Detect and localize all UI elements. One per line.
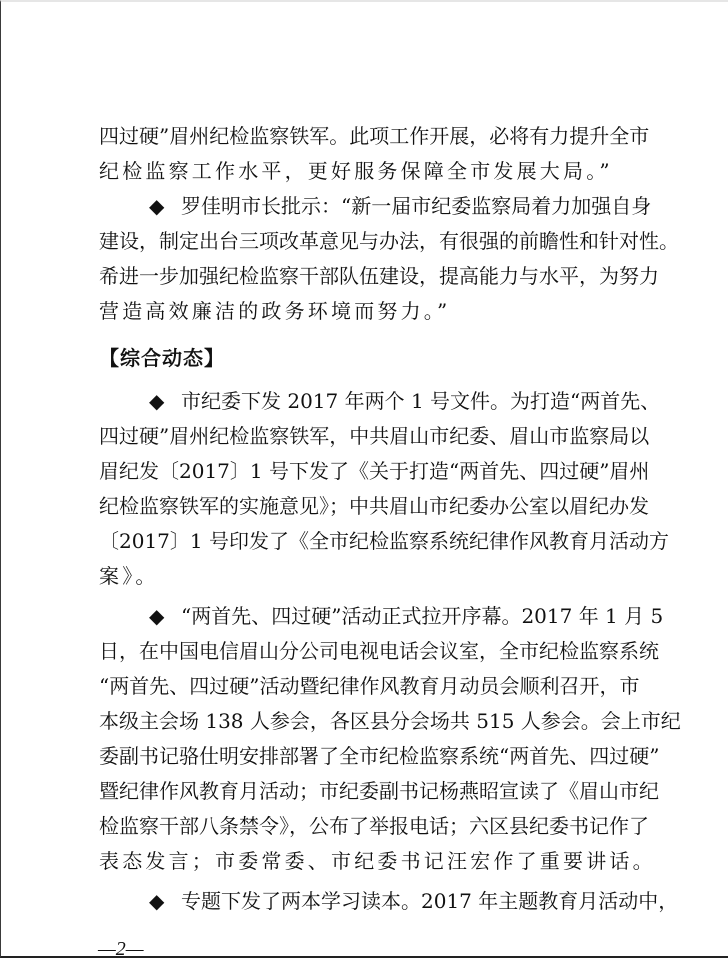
diamond-bullet-icon: ◆ <box>149 604 171 628</box>
diamond-bullet-icon: ◆ <box>149 194 171 218</box>
bullet-paragraph-first-line: ◆“两首先、四过硬”活动正式拉开序幕。2017 年 1 月 5 <box>149 604 639 628</box>
paragraph-line: 眉纪发〔2017〕1 号下发了《关于打造“两首先、四过硬”眉州 <box>99 459 639 483</box>
document-page: 四过硬”眉州纪检监察铁军。此项工作开展，必将有力提升全市 纪检监察工作水平，更好… <box>0 0 728 958</box>
paragraph-line: 检监察干部八条禁令》，公布了举报电话；六区县纪委书记作了 <box>99 814 639 838</box>
paragraph-line: 委副书记骆仕明安排部署了全市纪检监察系统“两首先、四过硬” <box>99 744 639 768</box>
paragraph-text: 罗佳明市长批示：“新一届市纪委监察局着力加强自身 <box>181 194 651 218</box>
paragraph-line: 四过硬”眉州纪检监察铁军。此项工作开展，必将有力提升全市 <box>99 124 639 148</box>
paragraph-line: 案》。 <box>99 564 639 588</box>
paragraph-line: 纪检监察工作水平，更好服务保障全市发展大局。” <box>99 159 639 183</box>
diamond-bullet-icon: ◆ <box>149 389 171 413</box>
paragraph-line: 本级主会场 138 人参会，各区县分会场共 515 人参会。会上市纪 <box>99 709 639 733</box>
paragraph-line: 暨纪律作风教育月活动；市纪委副书记杨燕昭宣读了《眉山市纪 <box>99 779 639 803</box>
paragraph-line: 纪检监察铁军的实施意见》；中共眉山市纪委办公室以眉纪办发 <box>99 494 639 518</box>
paragraph-line: 营造高效廉洁的政务环境而努力。” <box>99 299 639 323</box>
paragraph-text: 市纪委下发 2017 年两个 1 号文件。为打造“两首先、 <box>181 389 660 413</box>
paragraph-line: 四过硬”眉州纪检监察铁军，中共眉山市纪委、眉山市监察局以 <box>99 424 639 448</box>
diamond-bullet-icon: ◆ <box>149 889 171 913</box>
paragraph-line: 日，在中国电信眉山分公司电视电话会议室，全市纪检监察系统 <box>99 639 639 663</box>
page-number: —2— <box>98 938 144 960</box>
paragraph-line: 建设，制定出台三项改革意见与办法，有很强的前瞻性和针对性。 <box>99 229 639 253</box>
section-heading: 【综合动态】 <box>99 342 225 371</box>
paragraph-line: 希进一步加强纪检监察干部队伍建设，提高能力与水平，为努力 <box>99 264 639 288</box>
paragraph-line: “两首先、四过硬”活动暨纪律作风教育月动员会顺利召开，市 <box>99 674 639 698</box>
paragraph-line: 表态发言；市委常委、市纪委书记汪宏作了重要讲话。 <box>99 849 639 873</box>
bullet-paragraph-first-line: ◆市纪委下发 2017 年两个 1 号文件。为打造“两首先、 <box>149 389 639 413</box>
bullet-paragraph-first-line: ◆专题下发了两本学习读本。2017 年主题教育月活动中， <box>149 889 639 913</box>
paragraph-text: 专题下发了两本学习读本。2017 年主题教育月活动中， <box>181 889 678 913</box>
bullet-paragraph-first-line: ◆罗佳明市长批示：“新一届市纪委监察局着力加强自身 <box>149 194 639 218</box>
paragraph-line: 〔2017〕1 号印发了《全市纪检监察系统纪律作风教育月活动方 <box>99 529 639 553</box>
paragraph-text: “两首先、四过硬”活动正式拉开序幕。2017 年 1 月 5 <box>181 604 663 628</box>
